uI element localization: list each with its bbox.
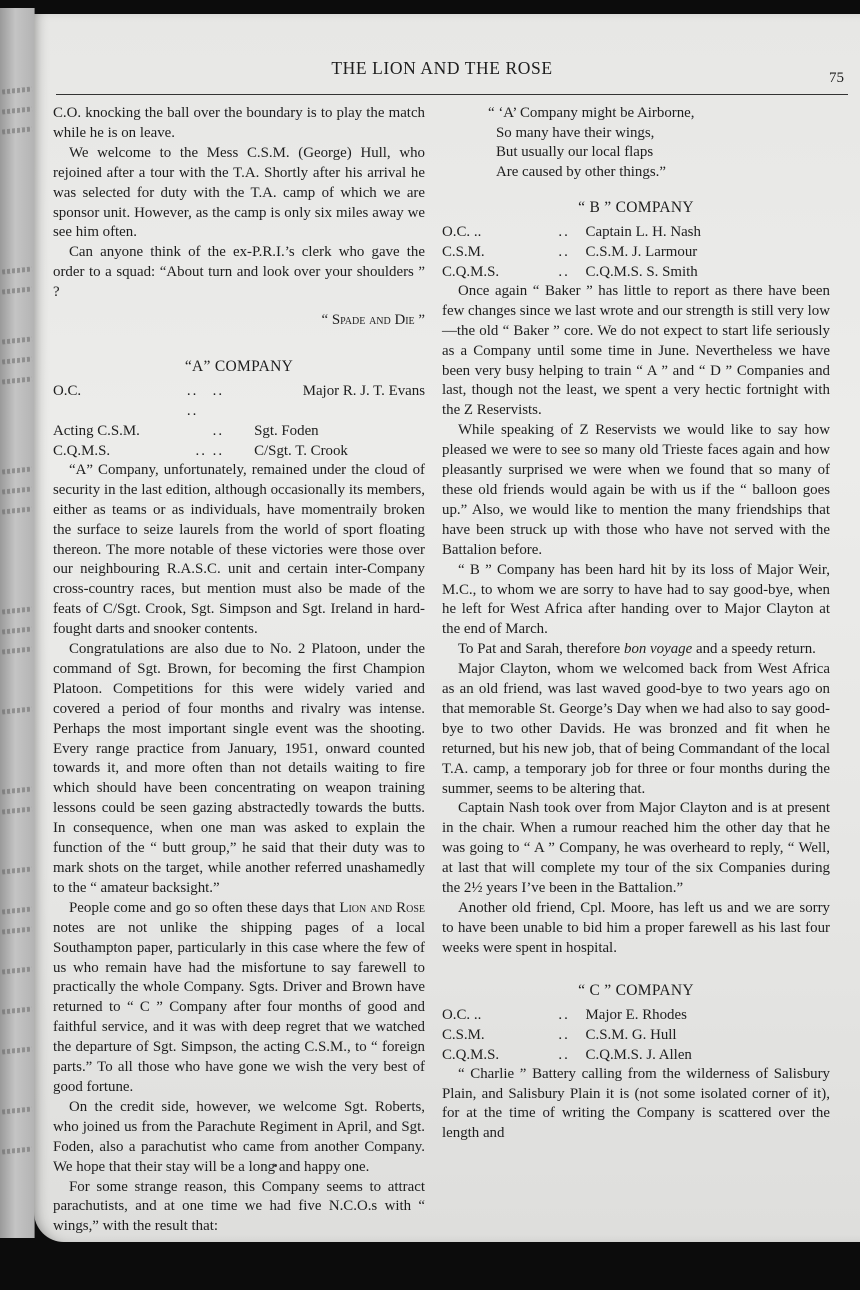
- paragraph: On the credit side, however, we welcome …: [53, 1098, 425, 1178]
- paragraph: Can anyone think of the ex-P.R.I.’s cler…: [53, 243, 425, 303]
- officer-row: O.C. .. .. Major E. Rhodes: [442, 1005, 830, 1025]
- paragraph: C.O. knocking the ball over the boundary…: [53, 104, 425, 144]
- poem-line: But usually our local flaps: [496, 143, 830, 163]
- a-company-officers: O.C. .. .. .. Major R. J. T. Evans Actin…: [53, 381, 425, 461]
- paragraph: “ Charlie ” Battery calling from the wil…: [442, 1065, 830, 1145]
- a-company-heading: “A” COMPANY: [53, 357, 425, 377]
- paragraph: Another old friend, Cpl. Moore, has left…: [442, 899, 830, 959]
- facing-page-edge: [0, 8, 35, 1238]
- officer-row: C.Q.M.S. .. C.Q.M.S. J. Allen: [442, 1045, 830, 1065]
- ink-speck: [274, 1164, 277, 1167]
- officer-row: Acting C.S.M. .. Sgt. Foden: [53, 421, 425, 441]
- signature: “ Spade and Die ”: [53, 311, 425, 331]
- paragraph: People come and go so often these days t…: [53, 899, 425, 1098]
- paragraph: “A” Company, unfortunately, remained und…: [53, 461, 425, 640]
- b-company-officers: O.C. .. .. Captain L. H. Nash C.S.M. .. …: [442, 222, 830, 282]
- magazine-name: Lion and Rose: [339, 900, 425, 916]
- paragraph: While speaking of Z Reservists we would …: [442, 421, 830, 560]
- magazine-page: THE LION AND THE ROSE 75 C.O. knocking t…: [34, 14, 860, 1242]
- paragraph: To Pat and Sarah, therefore bon voyage a…: [442, 640, 830, 660]
- officer-row: C.S.M. .. C.S.M. G. Hull: [442, 1025, 830, 1045]
- poem-line: “ ‘A’ Company might be Airborne,: [488, 104, 830, 124]
- page-number: 75: [829, 70, 844, 87]
- officer-row: C.S.M. .. C.S.M. J. Larmour: [442, 242, 830, 262]
- paragraph: For some strange reason, this Company se…: [53, 1178, 425, 1238]
- paragraph: “ B ” Company has been hard hit by its l…: [442, 561, 830, 641]
- paragraph: We welcome to the Mess C.S.M. (George) H…: [53, 144, 425, 244]
- paragraph: Captain Nash took over from Major Clayto…: [442, 799, 830, 899]
- poem-line: So many have their wings,: [496, 124, 830, 144]
- right-column: “ ‘A’ Company might be Airborne, So many…: [442, 104, 830, 1144]
- paragraph: Congratulations are also due to No. 2 Pl…: [53, 640, 425, 899]
- poem-line: Are caused by other things.”: [496, 163, 830, 183]
- c-company-officers: O.C. .. .. Major E. Rhodes C.S.M. .. C.S…: [442, 1005, 830, 1065]
- c-company-heading: “ C ” COMPANY: [442, 981, 830, 1001]
- officer-row: O.C. .. .. Captain L. H. Nash: [442, 222, 830, 242]
- paragraph: Major Clayton, whom we welcomed back fro…: [442, 660, 830, 799]
- poem: “ ‘A’ Company might be Airborne, So many…: [496, 104, 830, 182]
- officer-row: C.Q.M.S. .. .. C/Sgt. T. Crook: [53, 441, 425, 461]
- left-column: C.O. knocking the ball over the boundary…: [53, 104, 425, 1237]
- paragraph: Once again “ Baker ” has little to repor…: [442, 282, 830, 421]
- b-company-heading: “ B ” COMPANY: [442, 198, 830, 218]
- running-head: THE LION AND THE ROSE 75: [56, 58, 848, 95]
- officer-row: O.C. .. .. .. Major R. J. T. Evans: [53, 381, 425, 421]
- running-title: THE LION AND THE ROSE: [56, 58, 828, 79]
- officer-row: C.Q.M.S. .. C.Q.M.S. S. Smith: [442, 262, 830, 282]
